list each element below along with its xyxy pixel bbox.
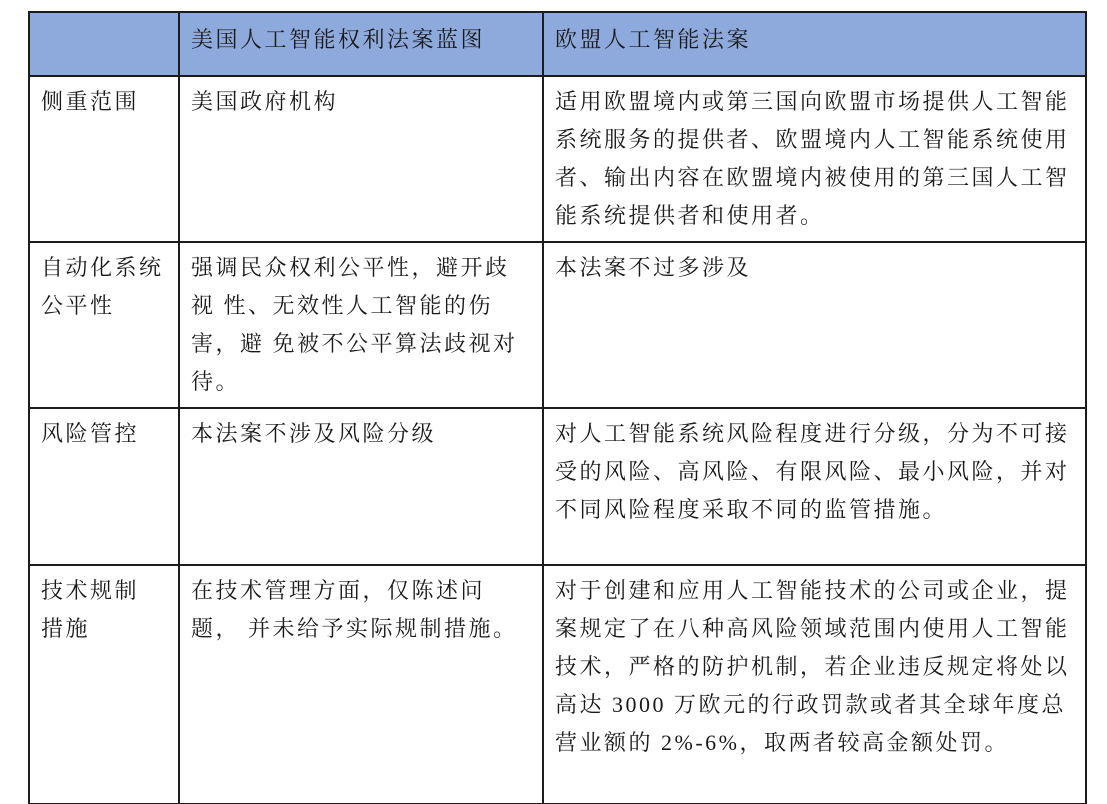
table-row-scope: 侧重范围 美国政府机构 适用欧盟境内或第三国向欧盟市场提供人工智能系统服务的提供…	[29, 76, 1086, 242]
us-cell-risk: 本法案不涉及风险分级	[179, 408, 543, 565]
table-row-risk: 风险管控 本法案不涉及风险分级 对人工智能系统风险程度进行分级，分为不可接受的风…	[29, 408, 1086, 565]
row-label-scope: 侧重范围	[29, 76, 179, 242]
table-row-fairness: 自动化系统 公平性 强调民众权利公平性，避开歧视 性、无效性人工智能的伤害，避 …	[29, 242, 1086, 408]
row-label-fairness: 自动化系统 公平性	[29, 242, 179, 408]
header-row: 美国人工智能权利法案蓝图 欧盟人工智能法案	[29, 12, 1086, 76]
document-page: 美国人工智能权利法案蓝图 欧盟人工智能法案 侧重范围 美国政府机构 适用欧盟境内…	[0, 0, 1107, 804]
us-cell-regulation: 在技术管理方面，仅陈述问题， 并未给予实际规制措施。	[179, 565, 543, 804]
eu-cell-regulation: 对于创建和应用人工智能技术的公司或企业，提案规定了在八种高风险领域范围内使用人工…	[543, 565, 1086, 804]
row-label-risk: 风险管控	[29, 408, 179, 565]
ai-policy-comparison-table: 美国人工智能权利法案蓝图 欧盟人工智能法案 侧重范围 美国政府机构 适用欧盟境内…	[28, 11, 1087, 804]
header-cell-blank	[29, 12, 179, 76]
eu-cell-risk: 对人工智能系统风险程度进行分级，分为不可接受的风险、高风险、有限风险、最小风险，…	[543, 408, 1086, 565]
row-label-regulation: 技术规制 措施	[29, 565, 179, 804]
eu-cell-fairness: 本法案不过多涉及	[543, 242, 1086, 408]
us-cell-fairness: 强调民众权利公平性，避开歧视 性、无效性人工智能的伤害，避 免被不公平算法歧视对…	[179, 242, 543, 408]
header-cell-eu-act: 欧盟人工智能法案	[543, 12, 1086, 76]
us-cell-scope: 美国政府机构	[179, 76, 543, 242]
header-cell-us-blueprint: 美国人工智能权利法案蓝图	[179, 12, 543, 76]
table-row-regulation: 技术规制 措施 在技术管理方面，仅陈述问题， 并未给予实际规制措施。 对于创建和…	[29, 565, 1086, 804]
eu-cell-scope: 适用欧盟境内或第三国向欧盟市场提供人工智能系统服务的提供者、欧盟境内人工智能系统…	[543, 76, 1086, 242]
